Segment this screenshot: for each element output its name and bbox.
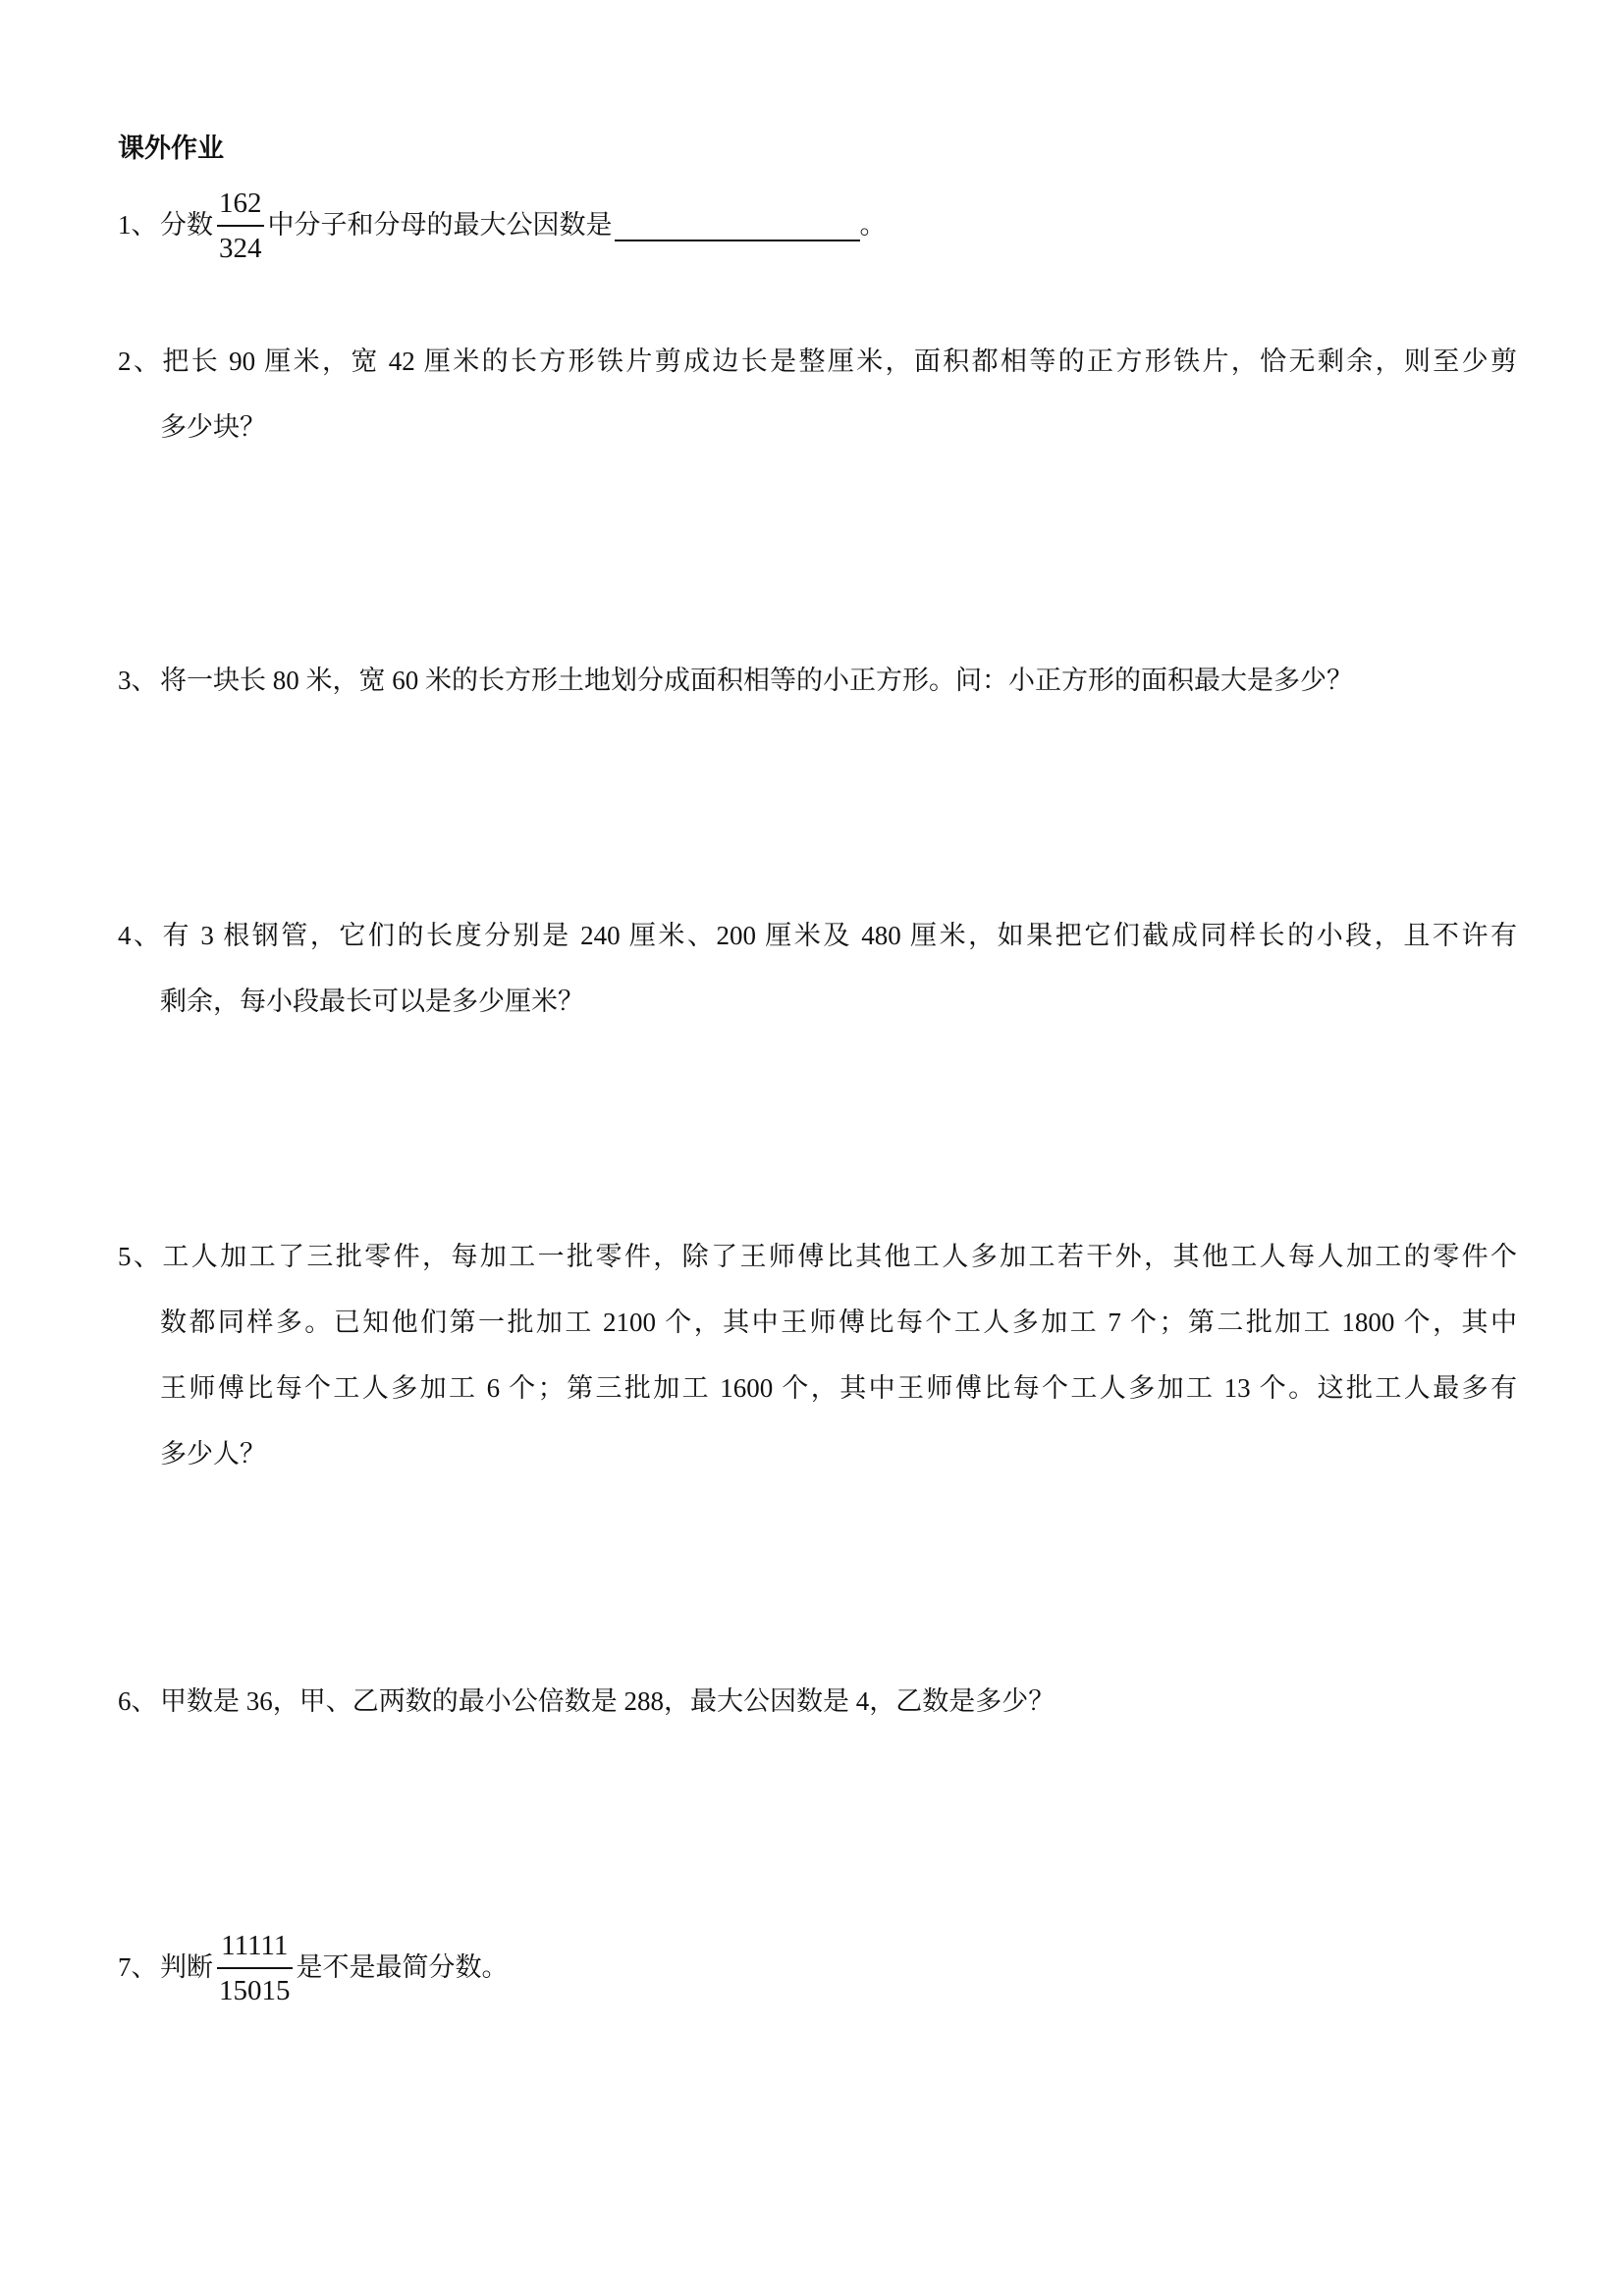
fraction: 11111 15015 [217,1924,293,2012]
question-number: 4、 [118,903,160,969]
fraction-numerator: 11111 [219,1924,290,1967]
question-4: 4、有 3 根钢管，它们的长度分别是 240 厘米、200 厘米及 480 厘米… [118,903,1517,1035]
question-line: 5、工人加工了三批零件，每加工一批零件，除了王师傅比其他工人多加工若干外，其他工… [118,1224,1517,1290]
fraction-denominator: 15015 [217,1969,293,2012]
question-line: 多少人？ [118,1421,1517,1487]
question-text: 判断 [160,1935,213,2001]
answer-blank[interactable] [615,210,860,241]
question-text: 将一块长 80 米，宽 60 米的长方形土地划分成面积相等的小正方形。问：小正方… [160,666,1353,695]
question-3: 3、将一块长 80 米，宽 60 米的长方形土地划分成面积相等的小正方形。问：小… [118,648,1517,714]
question-line: 2、把长 90 厘米，宽 42 厘米的长方形铁片剪成边长是整厘米，面积都相等的正… [118,329,1517,395]
question-number: 3、 [118,648,160,714]
fraction-numerator: 162 [217,182,264,225]
question-text: 分数 [160,192,213,258]
question-1: 1、 分数 162 324 中分子和分母的最大公因数是 。 [118,192,1517,258]
question-text: 甲数是 36，甲、乙两数的最小公倍数是 288，最大公因数是 4，乙数是多少？ [160,1686,1055,1716]
question-text: 是不是最简分数。 [297,1935,509,2001]
question-number: 1、 [118,192,160,258]
question-2: 2、把长 90 厘米，宽 42 厘米的长方形铁片剪成边长是整厘米，面积都相等的正… [118,329,1517,460]
question-text: 中分子和分母的最大公因数是 [268,192,613,258]
question-line: 4、有 3 根钢管，它们的长度分别是 240 厘米、200 厘米及 480 厘米… [118,903,1517,969]
question-line: 3、将一块长 80 米，宽 60 米的长方形土地划分成面积相等的小正方形。问：小… [118,648,1517,714]
question-number: 7、 [118,1935,160,2001]
question-number: 6、 [118,1669,160,1735]
question-5: 5、工人加工了三批零件，每加工一批零件，除了王师傅比其他工人多加工若干外，其他工… [118,1224,1517,1487]
question-line: 多少块？ [118,395,1517,460]
page-title: 课外作业 [118,132,224,167]
fraction-denominator: 324 [217,227,264,270]
question-text: 把长 90 厘米，宽 42 厘米的长方形铁片剪成边长是整厘米，面积都相等的正方形… [160,347,1517,376]
question-text: 有 3 根钢管，它们的长度分别是 240 厘米、200 厘米及 480 厘米，如… [160,921,1517,950]
question-line: 6、甲数是 36，甲、乙两数的最小公倍数是 288，最大公因数是 4，乙数是多少… [118,1669,1517,1735]
question-text: 工人加工了三批零件，每加工一批零件，除了王师傅比其他工人多加工若干外，其他工人每… [160,1242,1517,1271]
question-line: 王师傅比每个工人多加工 6 个；第三批加工 1600 个，其中王师傅比每个工人多… [118,1356,1517,1421]
question-line: 数都同样多。已知他们第一批加工 2100 个，其中王师傅比每个工人多加工 7 个… [118,1290,1517,1356]
question-number: 2、 [118,329,160,395]
question-7: 7、 判断 11111 15015 是不是最简分数。 [118,1935,1517,2001]
fraction: 162 324 [217,182,264,270]
question-number: 5、 [118,1224,160,1290]
question-line: 剩余，每小段最长可以是多少厘米？ [118,969,1517,1035]
question-end-punct: 。 [860,192,887,258]
question-6: 6、甲数是 36，甲、乙两数的最小公倍数是 288，最大公因数是 4，乙数是多少… [118,1669,1517,1735]
